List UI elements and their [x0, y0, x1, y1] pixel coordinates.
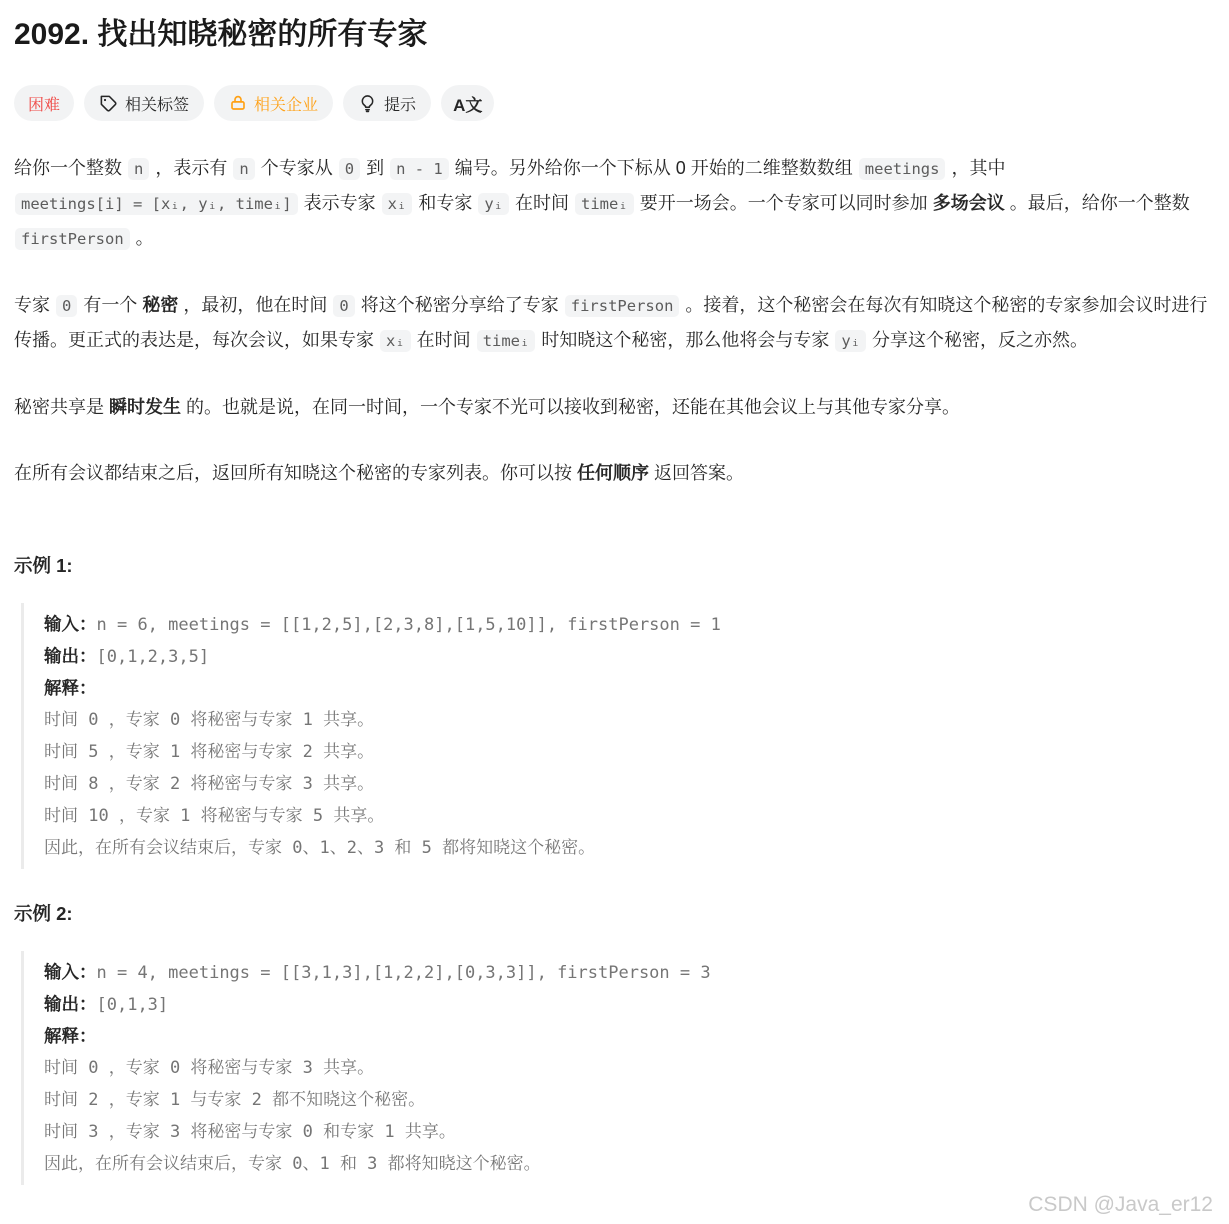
problem-page: 2092. 找出知晓秘密的所有专家 困难 相关标签 相关企业: [0, 0, 1229, 1185]
input-label: 输入：: [44, 962, 97, 982]
explanation-line: 时间 2 ，专家 1 与专家 2 都不知晓这个秘密。: [44, 1084, 1211, 1116]
inline-code: timeᵢ: [575, 193, 634, 215]
bold-text: 任何顺序: [577, 463, 649, 483]
explanation-line: 因此，在所有会议结束后，专家 0、1 和 3 都将知晓这个秘密。: [44, 1148, 1211, 1180]
translate-icon: A文: [453, 91, 482, 116]
explanation-line: 时间 5 ，专家 1 将秘密与专家 2 共享。: [44, 736, 1211, 768]
output-label: 输出：: [44, 994, 97, 1014]
problem-description: 给你一个整数 n ，表示有 n 个专家从 0 到 n - 1 编号。另外给你一个…: [14, 151, 1211, 490]
related-tags-label: 相关标签: [125, 92, 189, 115]
example-1-block: 输入：n = 6, meetings = [[1,2,5],[2,3,8],[1…: [21, 603, 1211, 869]
description-paragraph: 专家 0 有一个 秘密 ，最初，他在时间 0 将这个秘密分享给了专家 first…: [14, 288, 1211, 358]
bold-text: 多场会议: [933, 193, 1005, 213]
inline-code: firstPerson: [565, 295, 680, 317]
inline-code: 0: [339, 158, 360, 180]
inline-code: timeᵢ: [477, 330, 536, 352]
input-value: n = 4, meetings = [[3,1,3],[1,2,2],[0,3,…: [97, 963, 711, 983]
explanation-line: 时间 0 ，专家 0 将秘密与专家 1 共享。: [44, 704, 1211, 736]
example-2-heading: 示例 2:: [14, 900, 1211, 926]
explanation-line: 时间 8 ，专家 2 将秘密与专家 3 共享。: [44, 768, 1211, 800]
input-label: 输入：: [44, 614, 97, 634]
description-paragraph: 秘密共享是 瞬时发生 的。也就是说，在同一时间，一个专家不光可以接收到秘密，还能…: [14, 390, 1211, 424]
output-value: [0,1,2,3,5]: [97, 647, 210, 667]
example-output-line: 输出：[0,1,2,3,5]: [44, 640, 1211, 672]
related-companies-badge[interactable]: 相关企业: [214, 85, 333, 121]
explanation-line: 时间 3 ，专家 3 将秘密与专家 0 和专家 1 共享。: [44, 1116, 1211, 1148]
inline-code: meetings[i] = [xᵢ, yᵢ, timeᵢ]: [15, 193, 298, 215]
related-tags-badge[interactable]: 相关标签: [84, 85, 204, 121]
inline-code: xᵢ: [380, 330, 411, 352]
related-companies-label: 相关企业: [254, 92, 318, 115]
inline-code: n: [233, 158, 254, 180]
inline-code: firstPerson: [15, 228, 130, 250]
badge-row: 困难 相关标签 相关企业: [14, 85, 1211, 121]
difficulty-badge[interactable]: 困难: [14, 85, 74, 121]
lightbulb-icon: [358, 94, 377, 113]
inline-code: yᵢ: [478, 193, 509, 215]
tag-icon: [99, 94, 118, 113]
example-1-heading: 示例 1:: [14, 552, 1211, 578]
language-toggle-badge[interactable]: A文: [441, 85, 494, 121]
inline-code: 0: [333, 295, 354, 317]
output-value: [0,1,3]: [97, 995, 169, 1015]
bold-text: 秘密: [142, 295, 178, 315]
example-explanation-label-line: 解释：: [44, 672, 1211, 704]
input-value: n = 6, meetings = [[1,2,5],[2,3,8],[1,5,…: [97, 615, 721, 635]
example-input-line: 输入：n = 4, meetings = [[3,1,3],[1,2,2],[0…: [44, 956, 1211, 988]
bold-text: 瞬时发生: [109, 397, 181, 417]
inline-code: n: [128, 158, 149, 180]
lock-icon: [229, 94, 247, 112]
hint-label: 提示: [384, 92, 416, 115]
description-paragraph: 在所有会议都结束之后，返回所有知晓这个秘密的专家列表。你可以按 任何顺序 返回答…: [14, 456, 1211, 490]
inline-code: meetings: [859, 158, 946, 180]
example-explanation-label-line: 解释：: [44, 1020, 1211, 1052]
difficulty-label: 困难: [28, 92, 60, 115]
explanation-line: 时间 0 ，专家 0 将秘密与专家 3 共享。: [44, 1052, 1211, 1084]
description-paragraph: 给你一个整数 n ，表示有 n 个专家从 0 到 n - 1 编号。另外给你一个…: [14, 151, 1211, 256]
explanation-line: 因此，在所有会议结束后，专家 0、1、2、3 和 5 都将知晓这个秘密。: [44, 832, 1211, 864]
inline-code: xᵢ: [382, 193, 413, 215]
inline-code: 0: [56, 295, 77, 317]
explanation-label: 解释：: [44, 1026, 97, 1046]
inline-code: yᵢ: [835, 330, 866, 352]
example-2-block: 输入：n = 4, meetings = [[3,1,3],[1,2,2],[0…: [21, 951, 1211, 1185]
csdn-watermark: CSDN @Java_er12: [1028, 1193, 1213, 1217]
example-input-line: 输入：n = 6, meetings = [[1,2,5],[2,3,8],[1…: [44, 608, 1211, 640]
example-output-line: 输出：[0,1,3]: [44, 988, 1211, 1020]
output-label: 输出：: [44, 646, 97, 666]
explanation-line: 时间 10 ，专家 1 将秘密与专家 5 共享。: [44, 800, 1211, 832]
inline-code: n - 1: [390, 158, 449, 180]
hint-badge[interactable]: 提示: [343, 85, 431, 121]
problem-title: 2092. 找出知晓秘密的所有专家: [14, 16, 1211, 54]
explanation-label: 解释：: [44, 678, 97, 698]
